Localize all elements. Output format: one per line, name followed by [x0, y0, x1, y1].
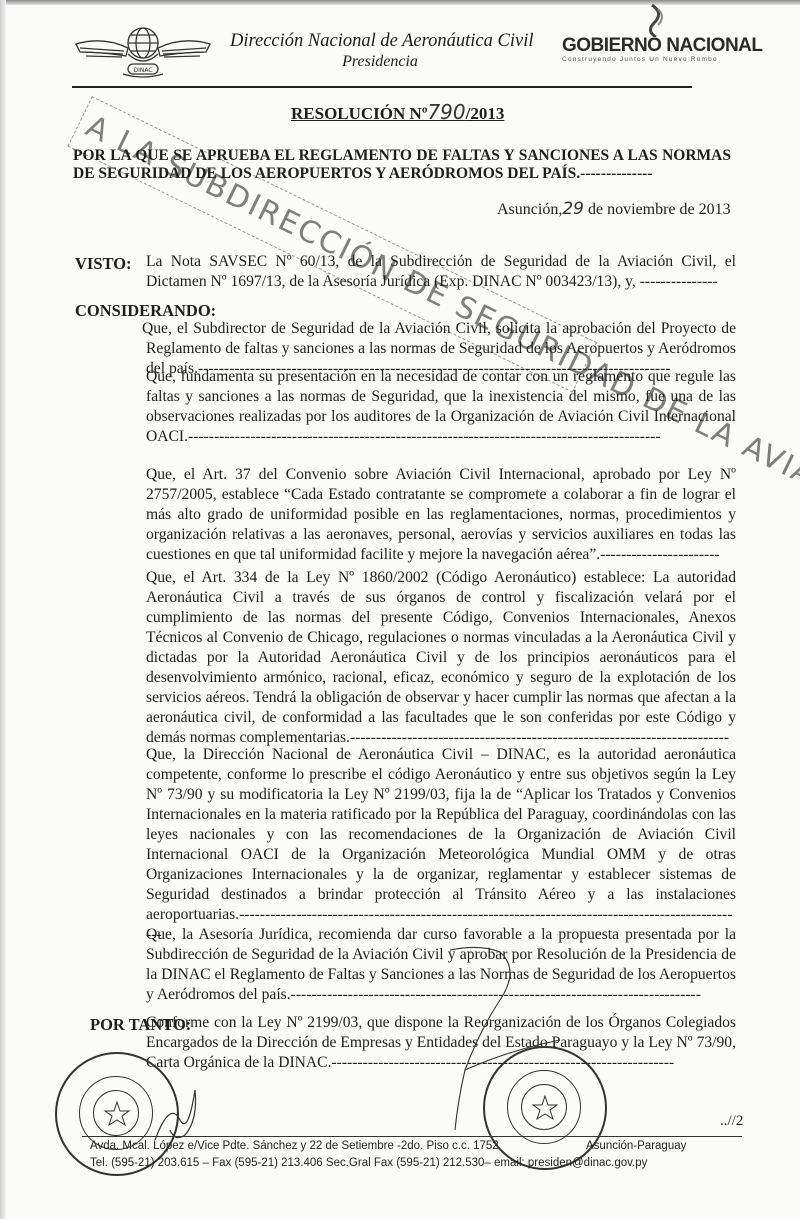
considerando-paragraph: Que, el Art. 37 del Convenio sobre Aviac…: [146, 465, 736, 565]
scan-left-edge: [0, 0, 6, 1219]
footer-contact: Tel. (595-21) 203.615 – Fax (595-21) 213…: [90, 1157, 647, 1169]
dinac-winged-globe-icon: DINAC: [68, 22, 218, 82]
resolution-number-handwritten: 790: [427, 100, 465, 124]
gobierno-nacional-logo: GOBIERNO NACIONAL Construyendo Juntos Un…: [562, 17, 762, 77]
gov-brand: GOBIERNO NACIONAL: [562, 35, 763, 57]
visto-text: La Nota SAVSEC Nº 60/13, de la Subdirecc…: [146, 252, 736, 292]
resolution-date: Asunción,29 de noviembre de 2013: [497, 199, 731, 219]
considerando-paragraph: Que, la Dirección Nacional de Aeronáutic…: [146, 745, 736, 945]
date-day-handwritten: 29: [562, 199, 584, 219]
department-name: Presidencia: [230, 53, 530, 71]
header-divider: [72, 86, 692, 88]
footer-divider: [82, 1136, 742, 1137]
flame-icon: [640, 3, 670, 37]
footer-city: Asunción-Paraguay: [586, 1140, 686, 1152]
signature-right: [370, 940, 600, 1140]
svg-text:DINAC: DINAC: [133, 67, 152, 74]
considerando-paragraph: Que, el Art. 334 de la Ley Nº 1860/2002 …: [146, 568, 736, 748]
scan-top-edge: [0, 0, 800, 5]
visto-label: VISTO:: [75, 254, 132, 274]
considerando-paragraph: Que, fundamenta su presentación en la ne…: [146, 367, 736, 447]
institution-name: Dirección Nacional de Aeronáutica Civil: [230, 31, 540, 52]
footer-address: Avda. Mcal. López e/Vice Pdte. Sánchez y…: [90, 1140, 499, 1152]
gov-tagline: Construyendo Juntos Un Nuevo Rumbo: [562, 56, 718, 63]
page-continuation: ..//2: [720, 1113, 743, 1130]
resolution-title: RESOLUCIÓN Nº790/2013: [291, 100, 504, 124]
resolution-subject: POR LA QUE SE APRUEBA EL REGLAMENTO DE F…: [73, 147, 731, 183]
